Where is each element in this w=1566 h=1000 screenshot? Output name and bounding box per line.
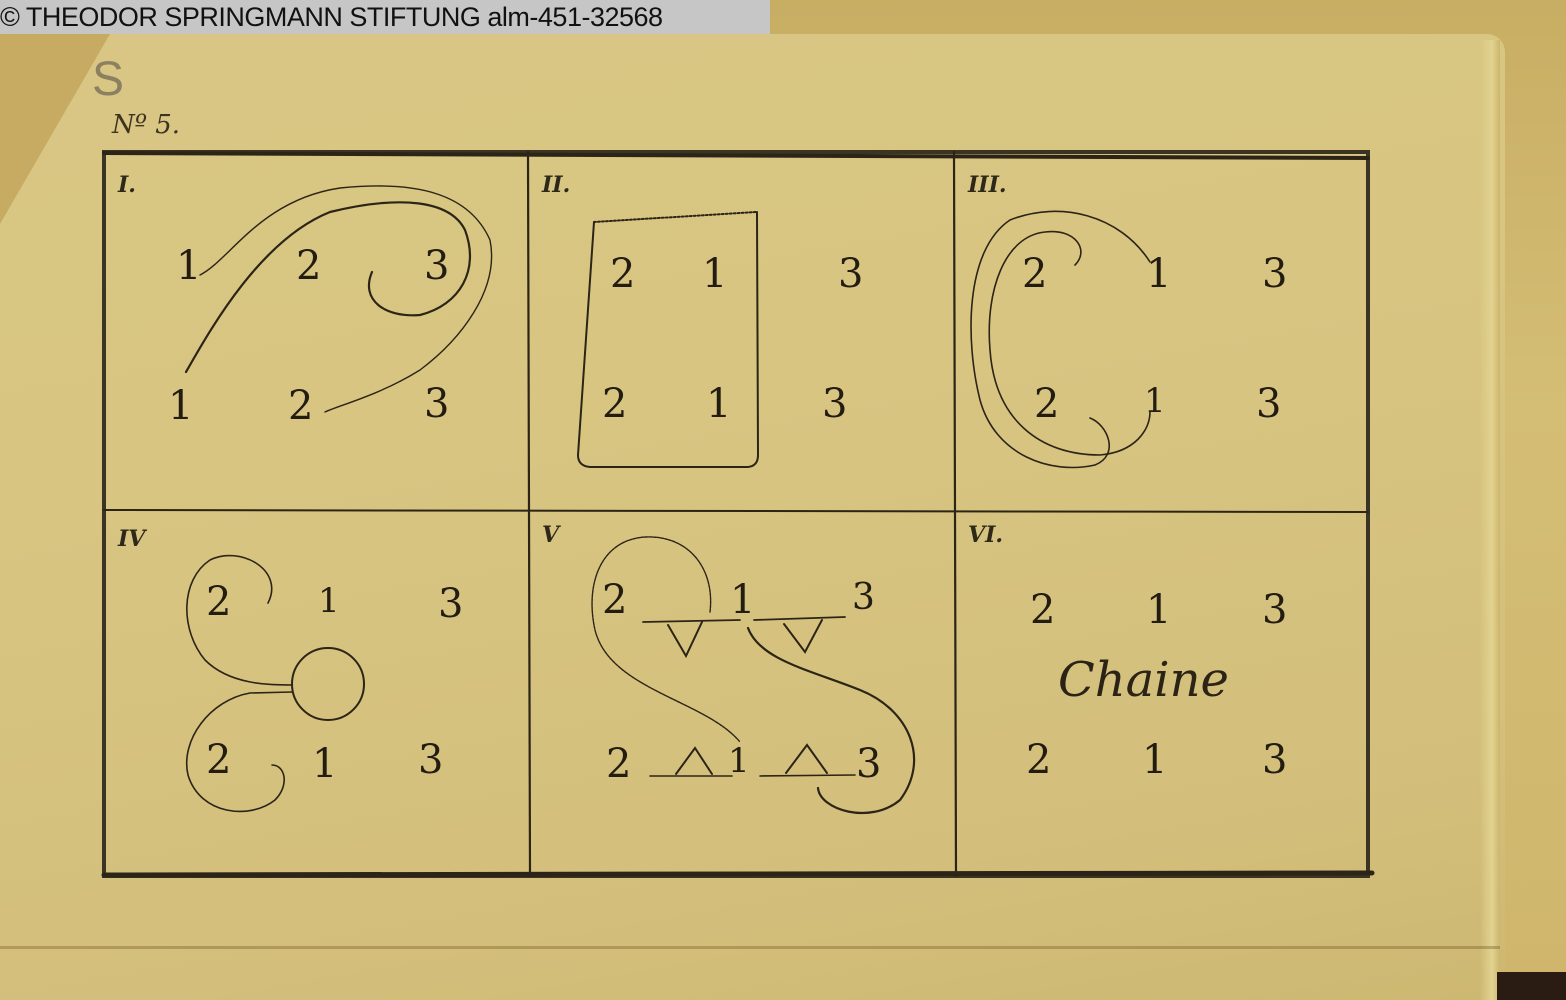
copyright-watermark: © THEODOR SPRINGMANN STIFTUNG alm-451-32… <box>0 0 770 34</box>
position-number: 3 <box>1262 740 1287 780</box>
position-number: 1 <box>1146 590 1171 630</box>
figure-cell-3: III. 2 1 3 2 1 3 <box>956 154 1366 509</box>
position-number: 3 <box>856 744 881 784</box>
position-number: 1 <box>1142 740 1167 780</box>
position-number: 2 <box>206 582 231 622</box>
position-number: 1 <box>728 744 750 778</box>
position-number: 3 <box>424 384 449 424</box>
figure-cell-6: VI. 2 1 3 Chaine 2 1 3 <box>956 512 1366 874</box>
figure-cell-2: II. 2 1 3 2 1 3 <box>530 154 954 509</box>
figure-label: VI. <box>968 522 1003 548</box>
figure-cell-5: V 2 1 3 2 1 3 <box>530 512 954 874</box>
position-number: 2 <box>1030 590 1055 630</box>
position-number: 3 <box>838 254 863 294</box>
position-number: 1 <box>702 254 727 294</box>
position-number: 3 <box>424 246 449 286</box>
figure-label: III. <box>968 172 1007 198</box>
page-edge <box>1480 40 1500 1000</box>
position-number: 2 <box>206 740 231 780</box>
position-number: 2 <box>296 246 321 286</box>
position-number: 3 <box>438 584 463 624</box>
figure-cell-4: IV 2 1 3 2 1 3 <box>106 512 528 874</box>
chaine-caption: Chaine <box>1058 652 1229 708</box>
position-number: 1 <box>730 580 755 620</box>
position-number: 2 <box>610 254 635 294</box>
position-number: 2 <box>1034 384 1059 424</box>
position-number: 1 <box>1144 384 1166 418</box>
position-number: 1 <box>1146 254 1171 294</box>
library-stamp: S <box>92 50 124 110</box>
position-number: 1 <box>176 246 201 286</box>
figure-cell-1: I. 1 2 3 1 2 3 <box>106 154 528 509</box>
page-crease <box>0 946 1500 949</box>
position-number: 2 <box>288 386 313 426</box>
plate-number: Nº 5. <box>112 110 180 140</box>
position-number: 1 <box>168 386 193 426</box>
position-number: 3 <box>852 580 875 616</box>
position-number: 2 <box>606 744 631 784</box>
position-number: 2 <box>1026 740 1051 780</box>
figure-label: IV <box>118 526 145 552</box>
figure-label: V <box>542 522 559 548</box>
position-number: 2 <box>602 580 627 620</box>
position-number: 3 <box>1256 384 1281 424</box>
position-number: 1 <box>312 744 337 784</box>
dark-corner <box>1497 972 1566 1000</box>
position-number: 3 <box>418 740 443 780</box>
position-number: 1 <box>706 384 731 424</box>
position-number: 3 <box>1262 590 1287 630</box>
figure-label: II. <box>542 172 570 198</box>
position-number: 3 <box>1262 254 1287 294</box>
figure-label: I. <box>118 172 136 198</box>
position-number: 3 <box>822 384 847 424</box>
position-number: 1 <box>318 584 340 618</box>
position-number: 2 <box>1022 254 1047 294</box>
position-number: 2 <box>602 384 627 424</box>
